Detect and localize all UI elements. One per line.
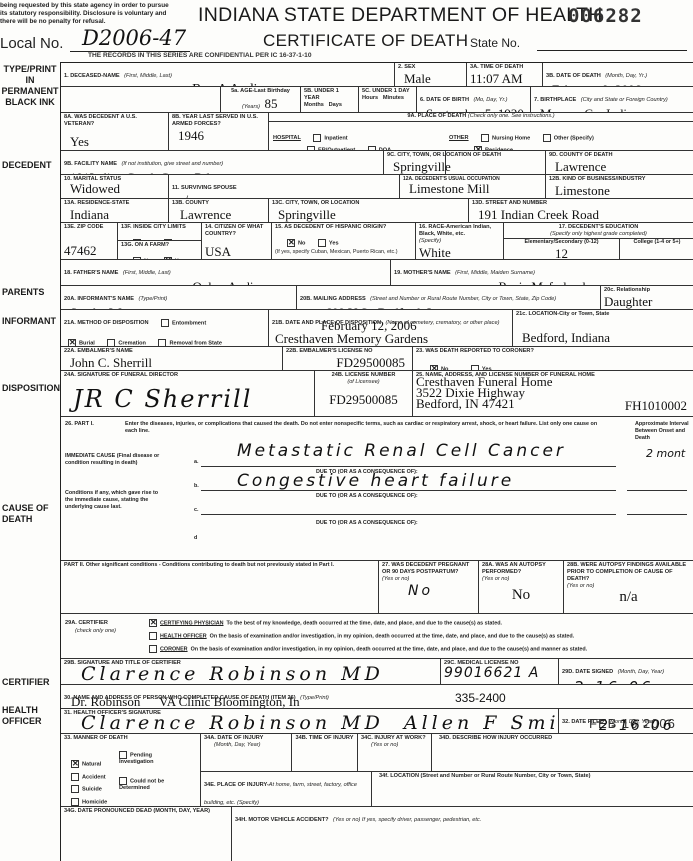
serial-number: 006282 [568,5,643,27]
side-label-type-print: TYPE/PRINT IN PERMANENT BLACK INK [0,64,60,108]
field-residence-city[interactable]: 13c. CITY, TOWN, OR LOCATION Springville [269,199,469,223]
field-injury-at-work[interactable]: 34c. INJURY AT WORK? (Yes or no) [358,734,432,772]
field-on-farm[interactable]: 13g. ON A FARM? No ✕Yes [118,241,202,260]
field-injury-location[interactable]: 34f. LOCATION (Street and Number or Rura… [372,772,693,807]
field-informant-name[interactable]: 20a. INFORMANT'S NAME (Type/Print) Sandr… [61,286,297,310]
local-no-value[interactable]: D2006-47 [82,26,186,50]
local-no-label: Local No. [0,35,63,52]
field-residence-county[interactable]: 13b. COUNTY Lawrence [169,199,269,223]
field-business[interactable]: 12b. KIND OF BUSINESS/INDUSTRY Limestone [546,175,693,199]
field-marital-status[interactable]: 10. MARITAL STATUS Widowed [61,175,169,199]
field-disposition-location[interactable]: 21c. LOCATION-City or Town, State Bedfor… [513,310,693,347]
field-place-of-death[interactable]: 9a. PLACE OF DEATH (Check only one. See … [269,113,693,151]
cause-line-a[interactable]: Metastatic Renal Cell Cancer [237,441,566,461]
cause-line-b[interactable]: Congestive heart failure [237,471,514,491]
field-date-signed[interactable]: 29d. DATE SIGNED (Month, Day, Year) 2-16… [559,659,693,685]
field-year-served[interactable]: 8b. YEAR LAST SERVED IN U.S. ARMED FORCE… [169,113,269,151]
field-embalmer-name[interactable]: 22a. EMBALMER'S NAME John C. Sherrill [61,347,283,371]
field-date-of-birth[interactable]: 6. DATE OF BIRTH (Mo, Day, Yr.) Septembe… [417,87,531,113]
checkbox-burial[interactable]: ✕Burial [68,339,95,347]
side-label-decedent: DECEDENT [2,160,52,171]
side-label-disposition: DISPOSITION [2,383,60,394]
agency-title: INDIANA STATE DEPARTMENT OF HEALTH [198,4,603,27]
field-birthplace[interactable]: 7. BIRTHPLACE (City and State or Foreign… [531,87,693,113]
field-hispanic[interactable]: 15. AS DECEDENT OF HISPANIC ORIGIN? ✕No … [272,223,416,260]
field-date-filed[interactable]: 32. DATE FILED (Month, Day, Year) FEB 16… [559,709,693,734]
interval-line-a[interactable]: 2 mont [646,447,685,460]
field-surviving-spouse[interactable]: 11. SURVIVING SPOUSE n/a [169,175,400,199]
field-time-of-injury[interactable]: 34b. TIME OF INJURY [292,734,358,772]
certifier-option-physician[interactable]: ✕CERTIFYING PHYSICIAN To the best of my … [149,619,689,627]
field-cause-part2[interactable]: PART II. Other significant conditions - … [61,561,379,614]
checkbox-pending[interactable]: Pending Investigation [119,751,171,765]
field-funeral-director-signature[interactable]: 24a. SIGNATURE OF FUNERAL DIRECTOR JR C … [61,371,315,417]
checkbox-entombment[interactable]: Entombment [161,319,206,327]
field-certifier[interactable]: 29a. CERTIFIER (check only one) ✕CERTIFY… [61,614,693,659]
side-label-health-officer: HEALTH OFFICER [2,705,52,727]
field-occupation[interactable]: 12a. DECEDENT'S USUAL OCCUPATION Limesto… [400,175,546,199]
field-residence-street[interactable]: 13d. STREET AND NUMBER 191 Indian Creek … [469,199,693,223]
field-time-of-death[interactable]: 3a. TIME OF DEATH 11:07 AM [467,63,543,87]
checkbox-hispanic-no[interactable]: ✕No [287,239,305,247]
field-cause-part1[interactable]: 26. PART I. Enter the diseases, injuries… [61,417,693,561]
field-age[interactable]: 5a. AGE-Last Birthday (Years) 85 [221,87,301,113]
field-mother-name[interactable]: 19. MOTHER'S NAME (First, Middle, Maiden… [391,260,693,286]
field-autopsy-findings[interactable]: 28b. WERE AUTOPSY FINDINGS AVAILABLE PRI… [564,561,693,614]
checkbox-undetermined[interactable]: Could not be Determined [119,777,171,791]
field-education[interactable]: 17. DECEDENT'S EDUCATION (Specify only h… [504,223,693,260]
field-inside-city-limits[interactable]: 13f. INSIDE CITY LIMITS ✕No Yes [118,223,202,241]
certifier-option-health-officer[interactable]: HEALTH OFFICER On the basis of examinati… [149,632,689,640]
field-manner-of-death[interactable]: 33. MANNER OF DEATH ✕Natural Pending Inv… [61,734,201,807]
field-medical-license[interactable]: 29c. MEDICAL LICENSE NO 99016621 A [441,659,559,685]
field-disposition-method[interactable]: 21a. METHOD OF DISPOSITION Entombment ✕B… [61,310,269,347]
field-under-1-year[interactable]: 5b. UNDER 1 YEAR Months Days [301,87,359,113]
field-funeral-home[interactable]: 25. NAME, ADDRESS, AND LICENSE NUMBER OF… [413,371,693,417]
field-informant-relationship[interactable]: 20c. Relationship Daughter [601,286,693,310]
field-embalmer-license[interactable]: 22b. EMBALMER'S LICENSE NO FD29500085 [283,347,413,371]
certifier-signature: Clarence Robinson MD [81,663,384,685]
health-officer-signature: Clarence Robinson MD Allen F Smith [81,712,559,734]
checkbox-removal[interactable]: Removal from State [158,339,222,347]
field-city-of-death[interactable]: 9c. CITY, TOWN, OR LOCATION OF DEATH Spr… [383,151,546,175]
death-certificate-form: 1. DECEASED-NAME (First, Middle, Last) R… [60,62,693,861]
field-motor-vehicle[interactable]: 34h. MOTOR VEHICLE ACCIDENT? (Yes or no)… [232,807,693,861]
field-father-name[interactable]: 18. FATHER'S NAME (First, Middle, Last) … [61,260,391,286]
field-under-1-day[interactable]: 5c. UNDER 1 DAY Hours Minutes [359,87,417,113]
field-date-of-injury[interactable]: 34a. DATE OF INJURY (Month, Day, Year) [201,734,292,772]
field-sex[interactable]: 2. SEX Male [395,63,467,87]
field-coroner-reported[interactable]: 23. WAS DEATH REPORTED TO CORONER? ✕No Y… [413,347,693,371]
side-label-cause: CAUSE OF DEATH [2,503,52,525]
checkbox-other[interactable]: Other (Specify) [543,134,594,142]
field-certifier-signature[interactable]: 29b. SIGNATURE AND TITLE OF CERTIFIER Cl… [61,659,441,685]
field-pregnant[interactable]: 27. WAS DECEDENT PREGNANT OR 90 DAYS POS… [379,561,479,614]
field-deceased-name[interactable]: 1. DECEASED-NAME (First, Middle, Last) R… [61,63,395,87]
field-health-officer-signature[interactable]: 31. HEALTH OFFICER'S SIGNATURE Clarence … [61,709,559,734]
field-disposition-date-place[interactable]: 21b. DATE AND PLACE OF DISPOSITION (Name… [269,310,513,347]
checkbox-cremation[interactable]: Cremation [107,339,146,347]
field-veteran[interactable]: 8a. WAS DECEDENT A U.S. VETERAN? Yes [61,113,169,151]
field-residence-state[interactable]: 13a. RESIDENCE-STATE Indiana [61,199,169,223]
field-date-pronounced[interactable]: 34g. DATE PRONOUNCED DEAD (Month, Day, Y… [61,807,232,861]
field-autopsy[interactable]: 28a. WAS AN AUTOPSY PERFORMED? (Yes or n… [479,561,564,614]
confidential-notice: THE RECORDS IN THIS SERIES ARE CONFIDENT… [88,52,312,59]
blank-cell [61,87,221,113]
field-citizen[interactable]: 14. CITIZEN OF WHAT COUNTRY? USA [202,223,272,260]
state-no-field[interactable] [537,50,687,51]
field-county-of-death[interactable]: 9d. COUNTY OF DEATH Lawrence [546,151,693,175]
field-date-of-death[interactable]: 3b. DATE OF DEATH (Month, Day, Yr.) Febr… [543,63,693,87]
checkbox-homicide[interactable]: Homicide [71,798,107,806]
disclosure-notice: being requested by this state agency in … [0,2,175,26]
field-informant-address[interactable]: 20b. MAILING ADDRESS (Street and Number … [297,286,601,310]
field-director-license[interactable]: 24b. LICENSE NUMBER (of Licensee) FD2950… [315,371,413,417]
certifier-option-coroner[interactable]: CORONER On the basis of examination and/… [149,645,689,653]
field-how-injury-occurred[interactable]: 34d. DESCRIBE HOW INJURY OCCURRED [432,734,693,772]
field-place-of-injury[interactable]: 34e. PLACE OF INJURY-At home, farm, stre… [201,772,372,807]
field-completed-by[interactable]: 30. NAME AND ADDRESS OF PERSON WHO COMPL… [61,685,693,709]
side-label-certifier: CERTIFIER [2,677,50,688]
field-race[interactable]: 16. RACE-American Indian, Black, White, … [416,223,504,260]
form-title: CERTIFICATE OF DEATH [263,31,468,51]
side-label-parents: PARENTS [2,287,44,298]
state-no-label: State No. [470,36,520,50]
checkbox-hispanic-yes[interactable]: Yes [318,239,339,247]
side-label-informant: INFORMANT [2,316,56,327]
education-elementary-value: 12 [504,246,619,260]
field-zip[interactable]: 13e. ZIP CODE 47462 [61,223,118,260]
cause-line-c[interactable] [201,514,616,515]
funeral-director-signature: JR C Sherrill [73,385,252,413]
